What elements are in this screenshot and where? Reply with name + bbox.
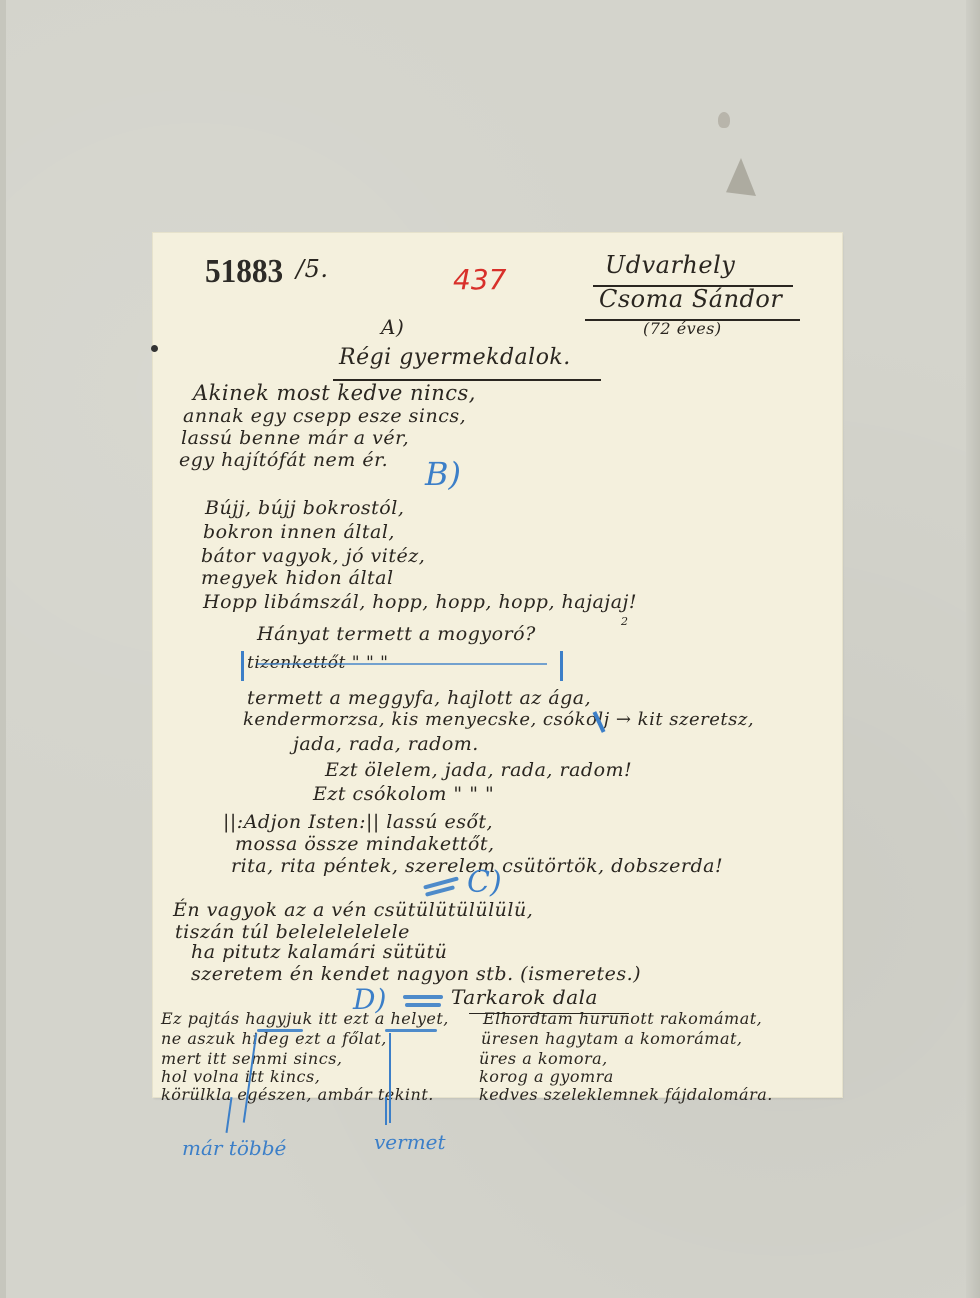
poem-line: ha pitutz kalamári sütütü [191,941,447,963]
poem-line: hol volna itt kincs, [161,1067,320,1086]
poem-line: mossa össze mindakettőt, [235,833,495,855]
blue-bracket [241,651,563,681]
poem-line: szeretem én kendet nagyon stb. (ismerete… [191,963,641,985]
struck-word [385,1029,437,1032]
archive-number-stamp: 51883 [205,253,283,291]
struck-marker [403,995,443,999]
poem-line: egy hajítófát nem ér. [179,449,388,471]
struck-marker [405,1003,441,1007]
struck-word [257,1029,303,1032]
section-b-marker: B) [425,455,461,493]
poem-line: Ezt ölelem, jada, rada, radom! [325,759,632,781]
poem-line: Hányat termett a mogyoró? [257,623,536,645]
margin-note: vermet [374,1130,446,1154]
section-a-marker: A) [381,315,404,339]
poem-line: lassú benne már a vér, [181,427,409,449]
informant-age: (72 éves) [643,319,722,338]
mounting-board: 51883 /5. 437 Udvarhely Csoma Sándor (72… [0,0,980,1298]
red-catalog-number: 437 [453,263,506,296]
poem-line: körülkla egészen, ambár tekint. [161,1085,434,1104]
poem-line: Hopp libámszál, hopp, hopp, hopp, hajaja… [203,591,637,613]
blue-strike [257,663,547,665]
poem-line: Akinek most kedve nincs, [193,381,476,405]
board-edge [966,0,980,1298]
poem-line: kedves szeleklemnek fájdalomára. [479,1085,773,1104]
poem-line: ||:Adjon Isten:|| lassú esőt, [223,811,493,833]
board-edge [0,0,6,1298]
place-name: Udvarhely [605,251,735,279]
poem-line: bátor vagyok, jó vitéz, [201,545,425,567]
archive-suffix: /5. [296,255,328,283]
blue-pointer-line [385,1097,387,1125]
superscript: 2 [621,615,629,628]
poem-line: Ezt csókolom " " " [313,783,494,805]
poem-line: Elhordtam hurunott rakomámat, [483,1009,762,1028]
poem-line: annak egy csepp esze sincs, [183,405,466,427]
poem-line: Bújj, bújj bokrostól, [205,497,404,519]
poem-line: tiszán túl belelelelelele [175,921,410,943]
poem-line: kendermorzsa, kis menyecske, csókolj → k… [243,709,754,730]
poem-line: korog a gyomra [479,1067,614,1086]
poem-line: jada, rada, radom. [293,733,479,755]
poem-line: üres a komora, [479,1049,608,1068]
informant-name: Csoma Sándor [599,285,782,313]
blue-pointer-line [389,1033,391,1123]
manuscript-sheet: 51883 /5. 437 Udvarhely Csoma Sándor (72… [153,233,842,1097]
board-stain [726,158,756,196]
poem-line: termett a meggyfa, hajlott az ága, [247,687,591,709]
poem-line: bokron innen által, [203,521,395,543]
song-title: Tarkarok dala [451,985,598,1009]
poem-line: Én vagyok az a vén csütülütülülülü, [173,899,533,921]
margin-note: már többé [182,1136,286,1160]
board-stain [718,112,730,128]
poem-line: Ez pajtás hagyjuk itt ezt a helyet, [161,1009,449,1028]
document-title: Régi gyermekdalok. [339,345,571,370]
poem-line: üresen hagytam a komorámat, [481,1029,743,1048]
section-c-marker: C) [467,865,502,900]
poem-line: megyek hidon által [201,567,394,589]
pin-mark [151,345,158,352]
